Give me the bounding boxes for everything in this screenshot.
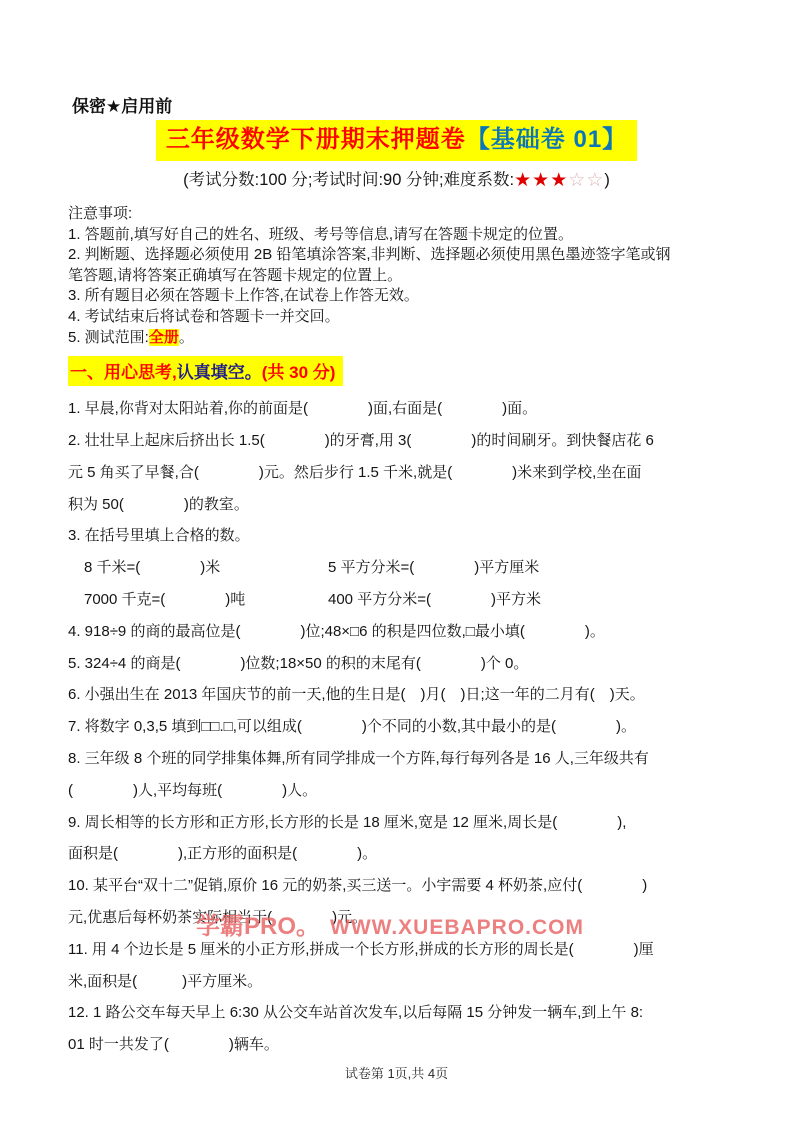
exam-title-edition: 【基础卷 01】: [466, 126, 627, 153]
section-1-heading-row: 一、用心思考,认真填空。(共 30 分): [68, 356, 793, 386]
note-item-5-suffix: 。: [179, 329, 194, 346]
question-7: 7. 将数字 0,3,5 填到□□.□,可以组成( )个不同的小数,其中最小的是…: [68, 711, 733, 743]
title-row: 三年级数学下册期末押题卷【基础卷 01】: [0, 120, 793, 161]
notes-heading: 注意事项:: [68, 204, 731, 225]
question-3-row-1-left: 8 千米=( )米: [84, 552, 328, 584]
question-10-line-1: 10. 某平台“双十二”促销,原价 16 元的奶茶,买三送一。小宇需要 4 杯奶…: [68, 870, 733, 902]
exam-title-main: 三年级数学下册期末押题卷: [166, 126, 466, 153]
question-9-line-2: 面积是( ),正方形的面积是( )。: [68, 838, 733, 870]
note-item-5-scope-highlight: 全册: [149, 329, 179, 346]
question-3-row-1: 8 千米=( )米5 平方分米=( )平方厘米: [68, 552, 733, 584]
notes-section: 注意事项: 1. 答题前,填写好自己的姓名、班级、考号等信息,请写在答题卡规定的…: [68, 204, 731, 348]
exam-meta-close: ): [604, 171, 610, 189]
question-3-row-2: 7000 千克=( )吨400 平方分米=( )平方米: [68, 584, 733, 616]
question-1: 1. 早晨,你背对太阳站着,你的前面是( )面,右面是( )面。: [68, 393, 733, 425]
question-3-stem: 3. 在括号里填上合格的数。: [68, 520, 733, 552]
question-8-line-2: ( )人,平均每班( )人。: [68, 775, 733, 807]
question-2-line-1: 2. 壮壮早上起床后挤出长 1.5( )的牙膏,用 3( )的时间刷牙。到快餐店…: [68, 425, 733, 457]
note-item-5-prefix: 5. 测试范围:: [68, 329, 149, 346]
question-5: 5. 324÷4 的商是( )位数;18×50 的积的末尾有( )个 0。: [68, 648, 733, 680]
question-4: 4. 918÷9 的商的最高位是( )位;48×□6 的积是四位数,□最小填( …: [68, 616, 733, 648]
question-2-line-3: 积为 50( )的教室。: [68, 489, 733, 521]
page-footer: 试卷第 1页,共 4页: [0, 1063, 793, 1082]
question-10-line-2: 元,优惠后每杯奶茶实际相当于( )元。: [68, 902, 733, 934]
question-12-line-2: 01 时一共发了( )辆车。: [68, 1029, 733, 1061]
exam-meta-text: (考试分数:100 分;考试时间:90 分钟;难度系数:: [183, 171, 514, 189]
note-item-3: 3. 所有题目必须在答题卡上作答,在试卷上作答无效。: [68, 286, 731, 307]
note-item-2-line-2: 笔答题,请将答案正确填写在答题卡规定的位置上。: [68, 266, 731, 287]
section-1-heading-part3: (共 30 分): [262, 363, 336, 382]
question-3-row-2-right: 400 平方分米=( )平方米: [328, 591, 541, 608]
note-item-1: 1. 答题前,填写好自己的姓名、班级、考号等信息,请写在答题卡规定的位置。: [68, 225, 731, 246]
exam-page: 保密★启用前 三年级数学下册期末押题卷【基础卷 01】 (考试分数:100 分;…: [0, 0, 793, 1122]
question-12-line-1: 12. 1 路公交车每天早上 6:30 从公交车站首次发车,以后每隔 15 分钟…: [68, 997, 733, 1029]
security-notice: 保密★启用前: [72, 0, 793, 117]
difficulty-empty-stars-icon: ☆☆: [568, 170, 604, 191]
question-3-row-2-left: 7000 千克=( )吨: [84, 584, 328, 616]
note-item-2-line-1: 2. 判断题、选择题必须使用 2B 铅笔填涂答案,非判断、选择题必须使用黑色墨迹…: [68, 245, 731, 266]
difficulty-filled-stars-icon: ★★★: [514, 170, 568, 191]
question-11-line-2: 米,面积是( )平方厘米。: [68, 966, 733, 998]
exam-meta-line: (考试分数:100 分;考试时间:90 分钟;难度系数:★★★☆☆): [0, 166, 793, 192]
question-3-row-1-right: 5 平方分米=( )平方厘米: [328, 559, 539, 576]
section-1-heading: 一、用心思考,认真填空。(共 30 分): [68, 356, 343, 386]
question-9-line-1: 9. 周长相等的长方形和正方形,长方形的长是 18 厘米,宽是 12 厘米,周长…: [68, 807, 733, 839]
question-2-line-2: 元 5 角买了早餐,合( )元。然后步行 1.5 千米,就是( )米来到学校,坐…: [68, 457, 733, 489]
note-item-4: 4. 考试结束后将试卷和答题卡一并交回。: [68, 307, 731, 328]
section-1-heading-part1: 一、用心思考,: [70, 363, 177, 382]
question-11-line-1: 11. 用 4 个边长是 5 厘米的小正方形,拼成一个长方形,拼成的长方形的周长…: [68, 934, 733, 966]
question-6: 6. 小强出生在 2013 年国庆节的前一天,他的生日是( )月( )日;这一年…: [68, 679, 733, 711]
fill-in-questions-list: 1. 早晨,你背对太阳站着,你的前面是( )面,右面是( )面。 2. 壮壮早上…: [68, 393, 733, 1061]
section-1-heading-part2: 认真填空。: [177, 363, 262, 382]
exam-title: 三年级数学下册期末押题卷【基础卷 01】: [156, 120, 637, 161]
note-item-5: 5. 测试范围:全册。: [68, 328, 731, 349]
question-8-line-1: 8. 三年级 8 个班的同学排集体舞,所有同学排成一个方阵,每行每列各是 16 …: [68, 743, 733, 775]
